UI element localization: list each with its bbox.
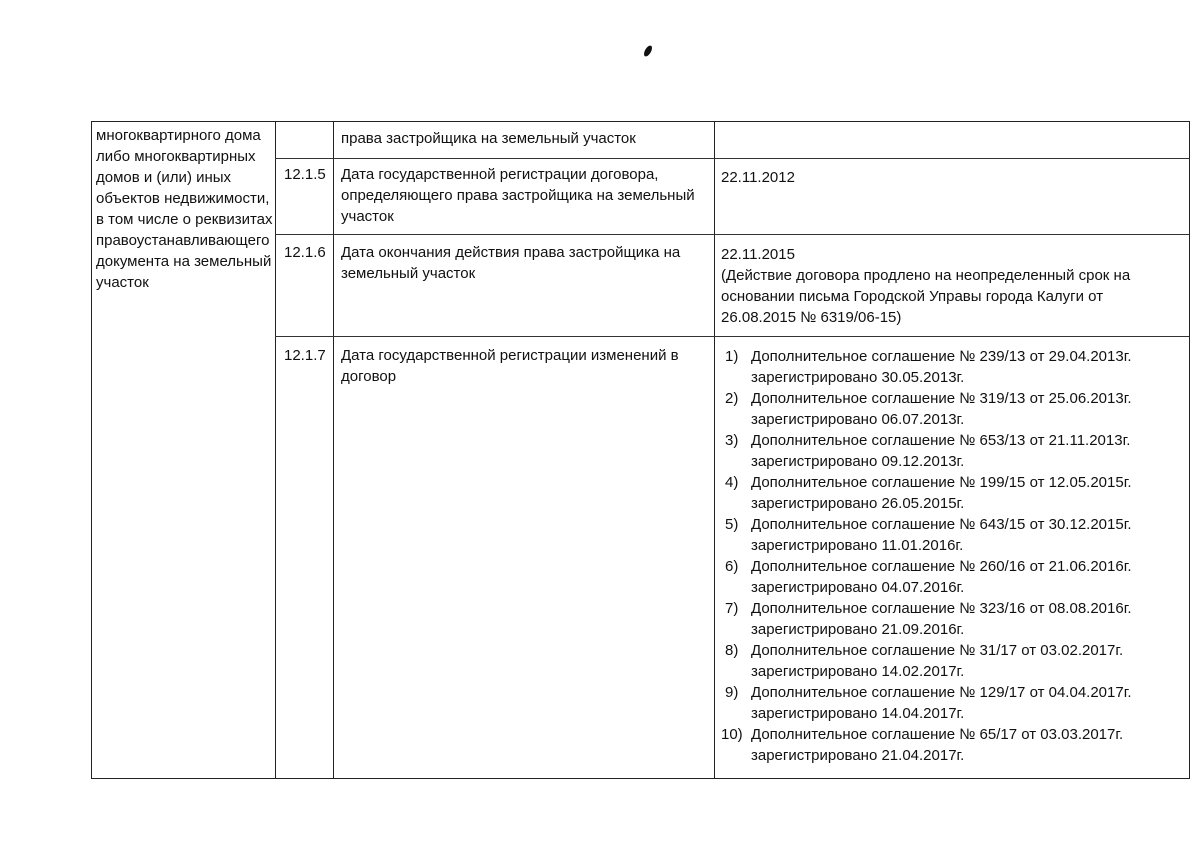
amendment-number: 7) bbox=[725, 598, 738, 619]
amendment-title: Дополнительное соглашение № 31/17 от 03.… bbox=[751, 640, 1181, 661]
amendment-title: Дополнительное соглашение № 65/17 от 03.… bbox=[751, 724, 1181, 745]
amendment-item: 9)Дополнительное соглашение № 129/17 от … bbox=[721, 682, 1181, 724]
row-divider bbox=[275, 336, 1189, 337]
amendment-title: Дополнительное соглашение № 260/16 от 21… bbox=[751, 556, 1181, 577]
amendment-number: 1) bbox=[725, 346, 738, 367]
row-value: 22.11.2015 (Действие договора продлено н… bbox=[721, 244, 1181, 328]
column-divider bbox=[333, 122, 334, 778]
amendment-item: 1)Дополнительное соглашение № 239/13 от … bbox=[721, 346, 1181, 388]
column-divider bbox=[714, 122, 715, 778]
amendment-number: 4) bbox=[725, 472, 738, 493]
row-number: 12.1.5 bbox=[284, 164, 340, 185]
amendment-number: 2) bbox=[725, 388, 738, 409]
amendment-number: 8) bbox=[725, 640, 738, 661]
amendment-item: 7)Дополнительное соглашение № 323/16 от … bbox=[721, 598, 1181, 640]
amendment-registered: зарегистрировано 04.07.2016г. bbox=[751, 577, 1181, 598]
amendment-registered: зарегистрировано 06.07.2013г. bbox=[751, 409, 1181, 430]
amendment-number: 5) bbox=[725, 514, 738, 535]
amendment-number: 3) bbox=[725, 430, 738, 451]
amendment-title: Дополнительное соглашение № 319/13 от 25… bbox=[751, 388, 1181, 409]
row-description: Дата государственной регистрации изменен… bbox=[341, 345, 711, 387]
amendment-title: Дополнительное соглашение № 643/15 от 30… bbox=[751, 514, 1181, 535]
scan-speck bbox=[642, 44, 653, 57]
row-description: права застройщика на земельный участок bbox=[341, 128, 711, 149]
section-label: многоквартирного дома либо многоквартирн… bbox=[96, 125, 276, 293]
amendment-registered: зарегистрировано 11.01.2016г. bbox=[751, 535, 1181, 556]
amendment-item: 4)Дополнительное соглашение № 199/15 от … bbox=[721, 472, 1181, 514]
row-value: 22.11.2012 bbox=[721, 167, 1181, 188]
amendment-item: 6)Дополнительное соглашение № 260/16 от … bbox=[721, 556, 1181, 598]
amendment-number: 9) bbox=[725, 682, 738, 703]
end-date: 22.11.2015 bbox=[721, 244, 1181, 265]
amendment-title: Дополнительное соглашение № 239/13 от 29… bbox=[751, 346, 1181, 367]
extension-note: (Действие договора продлено на неопредел… bbox=[721, 265, 1181, 328]
document-table: многоквартирного дома либо многоквартирн… bbox=[91, 121, 1190, 779]
amendment-title: Дополнительное соглашение № 653/13 от 21… bbox=[751, 430, 1181, 451]
row-number: 12.1.6 bbox=[284, 242, 340, 263]
amendment-item: 8)Дополнительное соглашение № 31/17 от 0… bbox=[721, 640, 1181, 682]
row-number: 12.1.7 bbox=[284, 345, 340, 366]
amendment-registered: зарегистрировано 09.12.2013г. bbox=[751, 451, 1181, 472]
amendment-title: Дополнительное соглашение № 199/15 от 12… bbox=[751, 472, 1181, 493]
row-divider bbox=[275, 158, 1189, 159]
amendment-registered: зарегистрировано 14.02.2017г. bbox=[751, 661, 1181, 682]
amendments-list-cell: 1)Дополнительное соглашение № 239/13 от … bbox=[721, 346, 1181, 766]
amendment-title: Дополнительное соглашение № 129/17 от 04… bbox=[751, 682, 1181, 703]
row-description: Дата окончания действия права застройщик… bbox=[341, 242, 711, 284]
amendments-list: 1)Дополнительное соглашение № 239/13 от … bbox=[721, 346, 1181, 766]
amendment-number: 6) bbox=[725, 556, 738, 577]
row-description: Дата государственной регистрации договор… bbox=[341, 164, 711, 227]
amendment-registered: зарегистрировано 30.05.2013г. bbox=[751, 367, 1181, 388]
row-divider bbox=[275, 234, 1189, 235]
amendment-number: 10) bbox=[721, 724, 743, 745]
amendment-item: 2)Дополнительное соглашение № 319/13 от … bbox=[721, 388, 1181, 430]
amendment-item: 3)Дополнительное соглашение № 653/13 от … bbox=[721, 430, 1181, 472]
amendment-item: 5)Дополнительное соглашение № 643/15 от … bbox=[721, 514, 1181, 556]
amendment-item: 10)Дополнительное соглашение № 65/17 от … bbox=[721, 724, 1181, 766]
amendment-registered: зарегистрировано 21.04.2017г. bbox=[751, 745, 1181, 766]
amendment-registered: зарегистрировано 21.09.2016г. bbox=[751, 619, 1181, 640]
amendment-registered: зарегистрировано 14.04.2017г. bbox=[751, 703, 1181, 724]
amendment-title: Дополнительное соглашение № 323/16 от 08… bbox=[751, 598, 1181, 619]
amendment-registered: зарегистрировано 26.05.2015г. bbox=[751, 493, 1181, 514]
